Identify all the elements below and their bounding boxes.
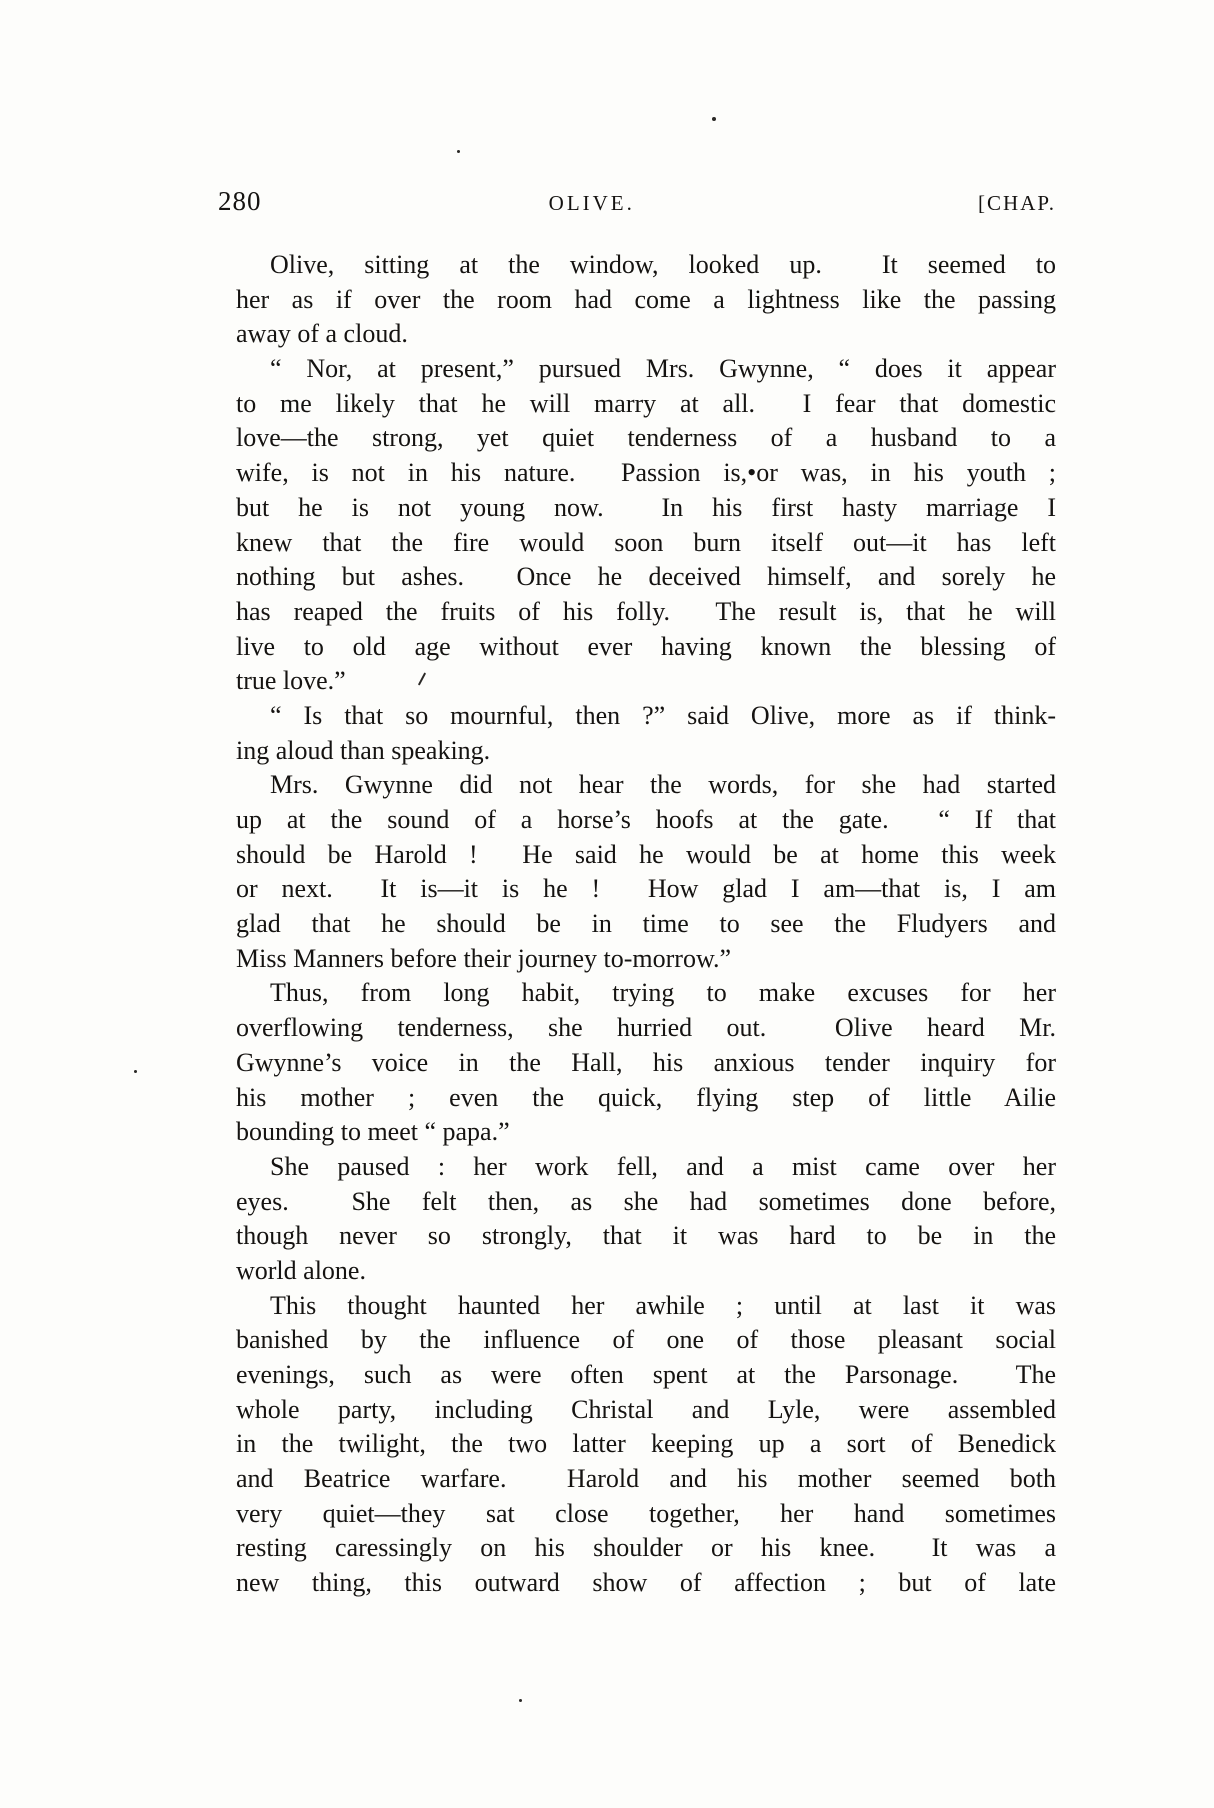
text-line: evenings, such as were often spent at th… xyxy=(236,1358,1056,1393)
text-line: world alone. xyxy=(236,1254,1056,1289)
text-line: though never so strongly, that it was ha… xyxy=(236,1219,1056,1254)
page-body: Olive, sitting at the window, looked up.… xyxy=(236,248,1056,1601)
text-line: her as if over the room had come a light… xyxy=(236,283,1056,318)
text-line: should be Harold ! He said he would be a… xyxy=(236,838,1056,873)
scan-speck xyxy=(134,1070,137,1073)
text-line: but he is not young now. In his first ha… xyxy=(236,491,1056,526)
chapter-marker: [CHAP. xyxy=(978,191,1056,216)
text-line: overflowing tenderness, she hurried out.… xyxy=(236,1011,1056,1046)
text-line: “ Is that so mournful, then ?” said Oliv… xyxy=(236,699,1056,734)
text-line: Gwynne’s voice in the Hall, his anxious … xyxy=(236,1046,1056,1081)
text-line: resting caressingly on his shoulder or h… xyxy=(236,1531,1056,1566)
text-line: or next. It is—it is he ! How glad I am—… xyxy=(236,872,1056,907)
text-line: his mother ; even the quick, flying step… xyxy=(236,1081,1056,1116)
text-line: in the twilight, the two latter keeping … xyxy=(236,1427,1056,1462)
text-line: very quiet—they sat close together, her … xyxy=(236,1497,1056,1532)
text-line: love—the strong, yet quiet tenderness of… xyxy=(236,421,1056,456)
text-line: and Beatrice warfare. Harold and his mot… xyxy=(236,1462,1056,1497)
scan-speck xyxy=(712,117,716,121)
text-line: Thus, from long habit, trying to make ex… xyxy=(236,976,1056,1011)
text-line: true love.” xyxy=(236,664,1056,699)
running-title: OLIVE. xyxy=(549,191,635,216)
scan-speck xyxy=(519,1699,522,1702)
text-line: She paused : her work fell, and a mist c… xyxy=(236,1150,1056,1185)
text-line: Mrs. Gwynne did not hear the words, for … xyxy=(236,768,1056,803)
text-line: away of a cloud. xyxy=(236,317,1056,352)
text-line: bounding to meet “ papa.” xyxy=(236,1115,1056,1150)
text-line: glad that he should be in time to see th… xyxy=(236,907,1056,942)
text-line: eyes. She felt then, as she had sometime… xyxy=(236,1185,1056,1220)
text-line: whole party, including Christal and Lyle… xyxy=(236,1393,1056,1428)
text-line: new thing, this outward show of affectio… xyxy=(236,1566,1056,1601)
text-line: “ Nor, at present,” pursued Mrs. Gwynne,… xyxy=(236,352,1056,387)
text-line: wife, is not in his nature. Passion is,•… xyxy=(236,456,1056,491)
text-line: nothing but ashes. Once he deceived hims… xyxy=(236,560,1056,595)
scanned-book-page: 280 OLIVE. [CHAP. Olive, sitting at the … xyxy=(0,0,1214,1808)
text-line: has reaped the fruits of his folly. The … xyxy=(236,595,1056,630)
text-line: Olive, sitting at the window, looked up.… xyxy=(236,248,1056,283)
text-line: knew that the fire would soon burn itsel… xyxy=(236,526,1056,561)
page-number: 280 xyxy=(218,186,262,217)
text-line: up at the sound of a horse’s hoofs at th… xyxy=(236,803,1056,838)
text-line: banished by the influence of one of thos… xyxy=(236,1323,1056,1358)
text-line: Miss Manners before their journey to-mor… xyxy=(236,942,1056,977)
scan-speck xyxy=(457,150,460,153)
text-line: to me likely that he will marry at all. … xyxy=(236,387,1056,422)
text-line: This thought haunted her awhile ; until … xyxy=(236,1289,1056,1324)
running-header: 280 OLIVE. [CHAP. xyxy=(218,186,1056,217)
text-line: live to old age without ever having know… xyxy=(236,630,1056,665)
text-line: ing aloud than speaking. xyxy=(236,734,1056,769)
